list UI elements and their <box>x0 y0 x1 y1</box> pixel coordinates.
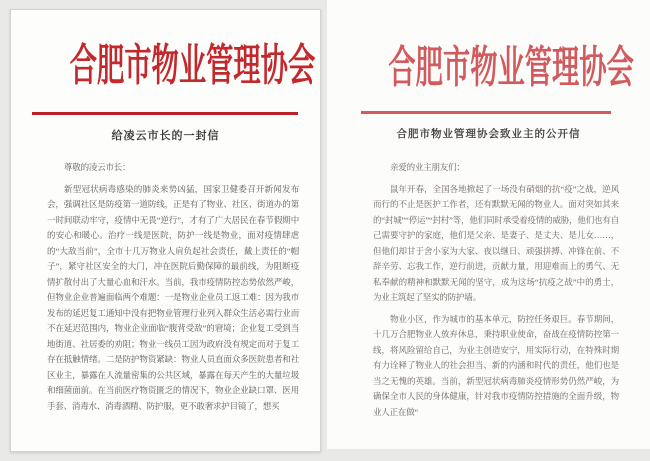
salutation-line: 亲爱的业主朋友们： <box>373 160 619 176</box>
letter-page-to-mayor: 合肥市物业管理协会 给凌云市长的一封信 尊敬的凌云市长： 新型冠状病毒感染的肺炎… <box>10 9 321 452</box>
red-divider-rule <box>361 111 611 114</box>
association-name-header: 合肥市物业管理协会 <box>70 43 262 89</box>
letter-paragraph: 鼠年开春，全国各地掀起了一场没有硝烟的抗“疫”之战，逆风而行的不止是医护工作者，… <box>373 182 619 306</box>
scanned-letters-canvas: 合肥市物业管理协会 给凌云市长的一封信 尊敬的凌云市长： 新型冠状病毒感染的肺炎… <box>0 0 650 461</box>
letter-page-to-owners: 合肥市物业管理协会 合肥市物业管理协会致业主的公开信 亲爱的业主朋友们： 鼠年开… <box>327 0 650 449</box>
letter-body: 亲爱的业主朋友们： 鼠年开春，全国各地掀起了一场没有硝烟的抗“疫”之战，逆风而行… <box>373 160 619 420</box>
letter-paragraph: 新型冠状病毒感染的肺炎来势凶猛，国家卫健委召开新闻发布会，强调社区是防疫第一道防… <box>47 182 299 415</box>
salutation-line: 尊敬的凌云市长： <box>47 160 299 176</box>
red-divider-rule <box>32 112 298 115</box>
letter-title: 给凌云市长的一封信 <box>11 127 320 143</box>
association-name-header: 合肥市物业管理协会 <box>388 45 588 91</box>
letter-body: 尊敬的凌云市长： 新型冠状病毒感染的肺炎来势凶猛，国家卫健委召开新闻发布会，强调… <box>47 160 299 414</box>
letter-title: 合肥市物业管理协会致业主的公开信 <box>327 126 650 141</box>
letter-paragraph: 物业小区，作为城市的基本单元，防控任务艰巨。春节期间，十几万合肥物业人放弃休息，… <box>373 312 619 421</box>
